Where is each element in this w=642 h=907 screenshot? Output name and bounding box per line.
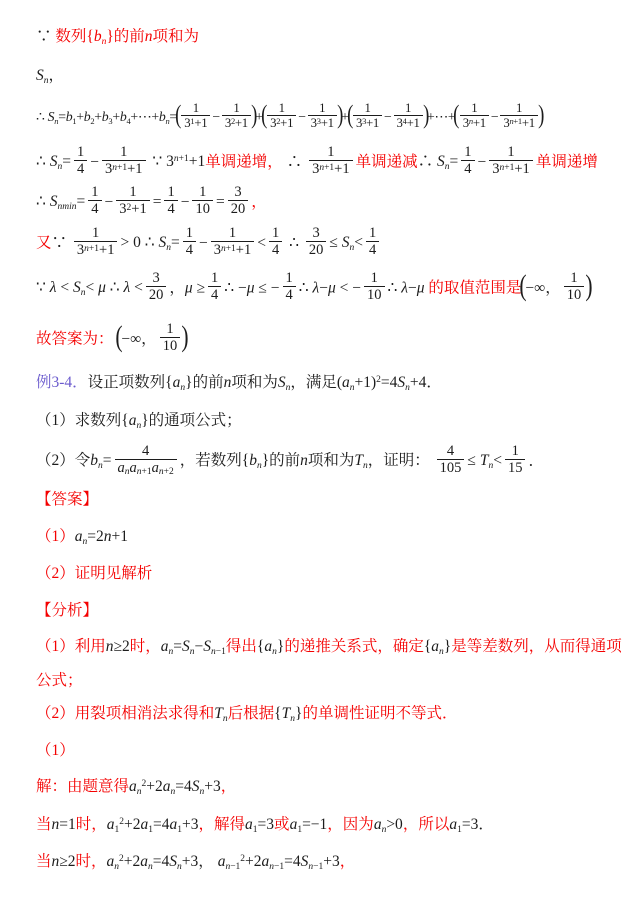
math-fraction: 320 bbox=[146, 270, 167, 303]
math-fraction: 115 bbox=[505, 443, 526, 476]
text-segment: ， bbox=[251, 193, 267, 210]
text-segment: 后根据 bbox=[228, 705, 275, 722]
text-segment: < bbox=[257, 234, 266, 251]
math-fraction: 133+1 bbox=[308, 101, 337, 131]
text-segment: ∵ bbox=[52, 234, 71, 251]
math-fraction: 13n+1+1 bbox=[309, 144, 353, 177]
text-segment: ，若数列{bn}的前n项和为Tn，证明： bbox=[180, 452, 434, 469]
text-segment: a1=3． bbox=[449, 816, 494, 833]
math-fraction: 13n+1+1 bbox=[74, 225, 118, 258]
text-segment: ∴ −μ ≤ − bbox=[224, 279, 279, 296]
line-case-n-geq-2: 当n≥2时，an2+2an=4Sn+3， an−12+2an−1=4Sn−1+3… bbox=[36, 851, 638, 873]
text-segment: ∴ bbox=[283, 153, 306, 170]
text-segment: 的递推关系式，确定 bbox=[284, 638, 424, 655]
math-fraction: 14 bbox=[283, 270, 296, 303]
text-segment: 的取值范围是 bbox=[428, 279, 521, 296]
text-segment: n=1 bbox=[52, 816, 76, 833]
text-segment: ，所以 bbox=[403, 816, 450, 833]
text-segment: 单调递增 bbox=[536, 153, 598, 170]
line-case-n-equals-1: 当n=1时，a12+2a1=4a1+3，解得a1=3或a1=−1，因为an>0，… bbox=[36, 814, 638, 836]
math-fraction: 14 bbox=[269, 225, 282, 258]
text-segment: −∞， bbox=[525, 279, 560, 296]
line-sn-telescoping-expansion: ∴ Sn=b1+b2+b3+b4+⋯+bn=(131+1−132+1)+(132… bbox=[36, 99, 638, 137]
line-answer-part1: （1）an=2n+1 bbox=[36, 526, 638, 548]
math-fraction: 13n+1+1 bbox=[500, 101, 538, 131]
text-segment: a1=3 bbox=[245, 816, 274, 833]
line-sn: Sn， bbox=[36, 65, 638, 87]
line-premise-bn-sum: ∵ 数列{bn}的前n项和为 bbox=[36, 26, 638, 48]
math-fraction: 4105 bbox=[437, 443, 465, 476]
line-lambda-mu-range: ∵ λ < Sn< μ ∴ λ <320，μ ≥14∴ −μ ≤ −14∴ λ−… bbox=[36, 267, 638, 311]
text-segment: {Tn} bbox=[274, 705, 302, 722]
text-segment: {an} bbox=[424, 638, 451, 655]
text-segment: 当 bbox=[36, 853, 52, 870]
line-part2-question: （2）令bn=4anan+1an+2，若数列{bn}的前n项和为Tn，证明： 4… bbox=[36, 445, 638, 478]
text-segment: − bbox=[199, 234, 208, 251]
text-segment: ，μ ≥ bbox=[169, 279, 205, 296]
text-segment: − bbox=[105, 193, 114, 210]
text-segment: Sn， bbox=[36, 67, 64, 84]
text-segment: ． bbox=[528, 452, 544, 469]
big-paren: ) bbox=[337, 96, 343, 134]
text-segment: ∵ bbox=[36, 28, 55, 45]
big-paren: ) bbox=[586, 264, 593, 308]
math-fraction: 134+1 bbox=[394, 101, 423, 131]
text-segment: ， bbox=[198, 853, 217, 870]
text-segment: ≤ Tn< bbox=[467, 452, 502, 469]
text-segment: ∵ λ < Sn< μ ∴ λ < bbox=[36, 279, 143, 296]
text-segment: Tn bbox=[214, 705, 227, 722]
math-fraction: 14 bbox=[74, 144, 87, 177]
text-segment: n≥2 bbox=[106, 638, 130, 655]
text-segment: +⋯+ bbox=[427, 109, 455, 124]
math-fraction: 13n+1+1 bbox=[102, 144, 146, 177]
text-segment: 又 bbox=[36, 234, 52, 251]
text-segment: 得出 bbox=[226, 638, 257, 655]
text-segment: 时， bbox=[130, 638, 161, 655]
text-segment: 例3-4． bbox=[36, 374, 88, 391]
math-fraction: 131+1 bbox=[181, 101, 210, 131]
line-solution-setup: 解：由题意得an2+2an=4Sn+3， bbox=[36, 776, 638, 798]
text-segment: ∴ bbox=[285, 234, 303, 251]
math-fraction: 13n+1 bbox=[460, 101, 489, 131]
line-analysis-part2: （2）用裂项相消法求得和Tn后根据{Tn}的单调性证明不等式． bbox=[36, 703, 638, 725]
line-sn-closed-form-monotonic: ∴ Sn=14−13n+1+1 ∵ 3n+1+1单调递增， ∴ 13n+1+1单… bbox=[36, 146, 638, 179]
text-segment: an2+2an=4Sn+3 bbox=[107, 853, 199, 870]
line-analysis-part1-cont: 公式； bbox=[36, 670, 638, 692]
text-segment: = bbox=[216, 193, 225, 210]
line-final-answer: 故答案为： (−∞，110) bbox=[36, 318, 638, 362]
math-fraction: 110 bbox=[564, 270, 585, 303]
line-analysis-header: 【分析】 bbox=[36, 600, 638, 622]
big-paren: ( bbox=[116, 315, 123, 359]
math-fraction: 14 bbox=[183, 225, 196, 258]
document-page: ∵ 数列{bn}的前n项和为 Sn， ∴ Sn=b1+b2+b3+b4+⋯+bn… bbox=[0, 0, 642, 874]
big-paren: ( bbox=[520, 264, 527, 308]
math-fraction: 14 bbox=[208, 270, 221, 303]
text-segment: = bbox=[153, 193, 162, 210]
text-segment: （1） bbox=[36, 528, 75, 545]
text-segment: −∞， bbox=[121, 330, 156, 347]
text-segment: 时， bbox=[76, 816, 107, 833]
text-segment: 当 bbox=[36, 816, 52, 833]
text-segment: n≥2 bbox=[52, 853, 76, 870]
math-fraction: 320 bbox=[228, 184, 249, 217]
text-segment: 或 bbox=[274, 816, 290, 833]
text-segment: （1）求数列{an}的通项公式； bbox=[36, 412, 242, 429]
big-paren: ) bbox=[423, 96, 429, 134]
math-fraction: 14 bbox=[88, 184, 101, 217]
text-segment: − bbox=[181, 193, 190, 210]
math-fraction: 132+1 bbox=[116, 184, 149, 217]
math-fraction: 14 bbox=[461, 144, 474, 177]
line-solution-part1-header: （1） bbox=[36, 740, 638, 762]
big-paren: ( bbox=[261, 96, 267, 134]
text-segment: − bbox=[384, 109, 391, 124]
text-segment: ∴ λ−μ < − bbox=[299, 279, 361, 296]
big-paren: ( bbox=[347, 96, 353, 134]
math-fraction: 110 bbox=[160, 321, 181, 354]
math-fraction: 14 bbox=[164, 184, 177, 217]
line-sn-min: ∴ Snmin=14−132+1=14−110=320， bbox=[36, 186, 638, 219]
math-fraction: 110 bbox=[364, 270, 385, 303]
math-fraction: 13n+1+1 bbox=[211, 225, 255, 258]
text-segment: ， bbox=[221, 778, 237, 795]
big-paren: ( bbox=[454, 96, 460, 134]
text-segment: 数列{bn}的前n项和为 bbox=[55, 28, 199, 45]
text-segment: {an} bbox=[257, 638, 284, 655]
text-segment: ，解得 bbox=[199, 816, 246, 833]
line-answer-part2: （2）证明见解析 bbox=[36, 563, 638, 585]
math-fraction: 320 bbox=[306, 225, 327, 258]
text-segment: （2）令bn= bbox=[36, 452, 112, 469]
text-segment: （1） bbox=[36, 742, 75, 759]
text-segment: （2）证明见解析 bbox=[36, 565, 152, 582]
math-fraction: 14 bbox=[366, 225, 379, 258]
text-segment: ，因为 bbox=[327, 816, 374, 833]
math-fraction: 110 bbox=[192, 184, 213, 217]
text-segment: an=2n+1 bbox=[75, 528, 128, 545]
text-segment: ∴ Snmin= bbox=[36, 193, 85, 210]
big-paren: ( bbox=[175, 96, 181, 134]
math-fraction: 132+1 bbox=[222, 101, 251, 131]
text-segment: a12+2a1=4a1+3 bbox=[107, 816, 199, 833]
text-segment: − bbox=[298, 109, 305, 124]
text-segment: > 0 ∴ Sn= bbox=[120, 234, 179, 251]
text-segment: ∴ Sn=b1+b2+b3+b4+⋯+bn= bbox=[36, 109, 177, 124]
big-paren: ) bbox=[251, 96, 257, 134]
text-segment: ∴ Sn= bbox=[418, 153, 459, 170]
line-example-3-4: 例3-4．设正项数列{an}的前n项和为Sn，满足(an+1)2=4Sn+4． bbox=[36, 372, 638, 394]
text-segment: 【答案】 bbox=[36, 491, 98, 508]
line-answer-header: 【答案】 bbox=[36, 489, 638, 511]
text-segment: 单调递增， bbox=[205, 153, 283, 170]
text-segment: 设正项数列{an}的前n项和为Sn，满足(an+1)2=4Sn+4． bbox=[88, 374, 442, 391]
text-segment: an=Sn−Sn−1 bbox=[161, 638, 226, 655]
text-segment: ≤ Sn< bbox=[329, 234, 363, 251]
text-segment: 公式； bbox=[36, 672, 83, 689]
text-segment: （1）利用 bbox=[36, 638, 106, 655]
text-segment: a1=−1 bbox=[290, 816, 328, 833]
text-segment: 故答案为： bbox=[36, 330, 117, 347]
math-fraction: 132+1 bbox=[267, 101, 296, 131]
text-segment: （2）用裂项相消法求得和 bbox=[36, 705, 214, 722]
text-segment: − bbox=[212, 109, 219, 124]
text-segment: ∴ λ−μ bbox=[388, 279, 429, 296]
text-segment: an2+2an=4Sn+3 bbox=[129, 778, 221, 795]
big-paren: ) bbox=[538, 96, 544, 134]
line-part1-question: （1）求数列{an}的通项公式； bbox=[36, 410, 638, 432]
math-fraction: 133+1 bbox=[353, 101, 382, 131]
line-sn-bounds: 又∵ 13n+1+1> 0 ∴ Sn=14−13n+1+1<14 ∴ 320≤ … bbox=[36, 227, 638, 260]
text-segment: 是等差数列，从而得通项 bbox=[451, 638, 622, 655]
text-segment: an>0 bbox=[374, 816, 403, 833]
math-fraction: 4anan+1an+2 bbox=[115, 443, 177, 476]
text-segment: − bbox=[90, 153, 99, 170]
text-segment: 解：由题意得 bbox=[36, 778, 129, 795]
text-segment: 【分析】 bbox=[36, 602, 98, 619]
text-segment: ∵ 3n+1+1 bbox=[149, 153, 206, 170]
text-segment: − bbox=[491, 109, 498, 124]
text-segment: − bbox=[478, 153, 487, 170]
line-analysis-part1: （1）利用n≥2时，an=Sn−Sn−1得出{an}的递推关系式，确定{an}是… bbox=[36, 636, 638, 658]
text-segment: 时， bbox=[76, 853, 107, 870]
text-segment: 单调递减 bbox=[356, 153, 418, 170]
text-segment: 的单调性证明不等式． bbox=[302, 705, 457, 722]
text-segment: an−12+2an−1=4Sn−1+3 bbox=[218, 853, 340, 870]
text-segment: ∴ Sn= bbox=[36, 153, 71, 170]
text-segment: ， bbox=[340, 853, 356, 870]
big-paren: ) bbox=[182, 315, 189, 359]
math-fraction: 13n+1+1 bbox=[489, 144, 533, 177]
